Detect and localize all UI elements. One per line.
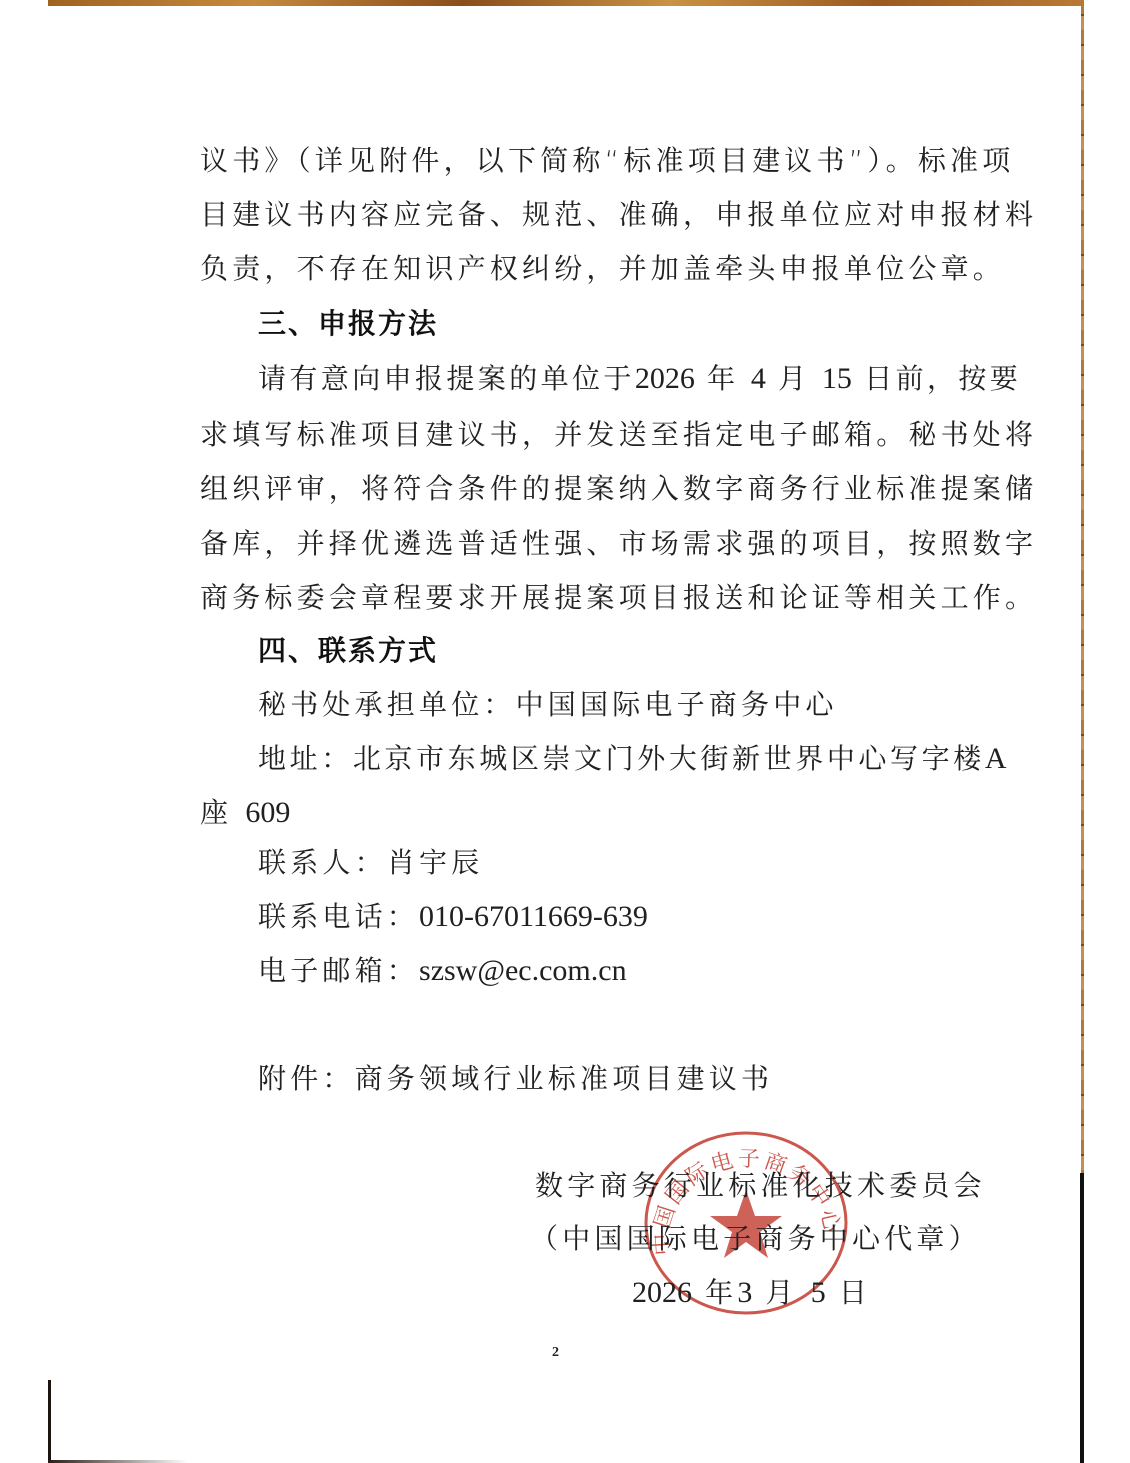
paragraph-line: 备库，并择优遴选普适性强、市场需求强的项目，按照数字 <box>200 527 1037 561</box>
text-segment: 月 <box>778 362 809 395</box>
text-segment: 年 <box>707 362 738 395</box>
address-label: 地址： <box>258 742 353 775</box>
paragraph-line: 商务标委会章程要求开展提案项目报送和论证等相关工作。 <box>200 581 1037 615</box>
address-line: 地址：北京市东城区崇文门外大街新世界中心写字楼A <box>258 742 1007 776</box>
phone-line: 联系电话：010-67011669-639 <box>258 900 648 934</box>
address-building: A <box>985 742 1007 775</box>
paragraph-line: 负责，不存在知识产权纠纷，并加盖牵头申报单位公章。 <box>200 252 1005 286</box>
date-day: 5 <box>811 1276 826 1309</box>
phone-value: 010-67011669-639 <box>419 900 648 933</box>
contact-label: 联系人： <box>258 846 387 879</box>
deadline-month: 4 <box>751 362 766 395</box>
contact-person-line: 联系人：肖宇辰 <box>258 846 483 880</box>
text-segment: 请有意向申报提案的单位于 <box>258 362 635 395</box>
email-label: 电子邮箱： <box>258 954 419 987</box>
page-shadow-left <box>48 1380 51 1463</box>
date-month: 3 <box>737 1276 752 1309</box>
wood-edge-right <box>1081 0 1084 1173</box>
deadline-day: 15 <box>822 362 852 395</box>
secretariat-value: 中国国际电子商务中心 <box>516 688 838 721</box>
email-value[interactable]: szsw@ec.com.cn <box>419 954 627 987</box>
paragraph-line: 组织评审，将符合条件的提案纳入数字商务行业标准提案储 <box>200 472 1037 506</box>
attachment-label: 附件： <box>258 1062 355 1095</box>
issuing-organization: 数字商务行业标准化技术委员会 <box>535 1169 986 1203</box>
deadline-year: 2026 <box>635 362 695 395</box>
attachment-value: 商务领域行业标准项目建议书 <box>355 1062 774 1095</box>
text-segment: 日前，按要 <box>864 362 1021 395</box>
date-year-suffix: 年 <box>705 1276 737 1309</box>
secretariat-label: 秘书处承担单位： <box>258 688 516 721</box>
contact-value: 肖宇辰 <box>387 846 484 879</box>
section-heading-submission-method: 三、申报方法 <box>258 307 438 341</box>
secretariat-line: 秘书处承担单位：中国国际电子商务中心 <box>258 688 838 722</box>
section-heading-contact: 四、联系方式 <box>258 634 438 668</box>
attachment-line: 附件：商务领域行业标准项目建议书 <box>258 1062 773 1096</box>
address-seat: 座 <box>200 796 232 829</box>
address-value: 北京市东城区崇文门外大街新世界中心写字楼 <box>353 742 985 775</box>
paragraph-line: 请有意向申报提案的单位于2026 年 4 月 15 日前，按要 <box>258 362 1021 396</box>
address-line-2: 座 609 <box>200 796 290 830</box>
proxy-seal-note: （中国国际电子商务中心代章） <box>530 1222 981 1256</box>
email-line: 电子邮箱：szsw@ec.com.cn <box>258 954 627 988</box>
paragraph-line: 议书》（详见附件，以下简称“标准项目建议书”）。标准项 <box>200 144 1014 178</box>
page-shadow-right <box>1080 1173 1084 1463</box>
date-day-suffix: 日 <box>839 1276 871 1309</box>
wood-edge-top <box>48 0 1084 6</box>
page-number: 2 <box>552 1345 559 1361</box>
paragraph-line: 求填写标准项目建议书，并发送至指定电子邮箱。秘书处将 <box>200 418 1037 452</box>
paragraph-line: 目建议书内容应完备、规范、准确，申报单位应对申报材料 <box>200 198 1037 232</box>
date-year: 2026 <box>632 1276 692 1309</box>
issue-date: 2026 年3 月 5 日 <box>632 1276 871 1310</box>
phone-label: 联系电话： <box>258 900 419 933</box>
date-month-suffix: 月 <box>765 1276 797 1309</box>
address-room: 609 <box>245 796 290 829</box>
